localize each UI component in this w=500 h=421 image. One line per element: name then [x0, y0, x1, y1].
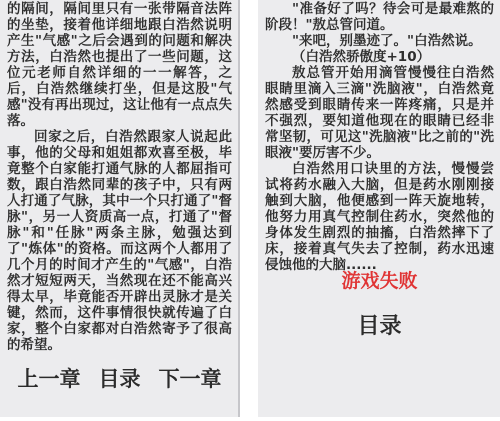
- novel-reader-screen: 的隔间，隔间里只有一张带隔音法阵的坐垫，接着他详细地跟白浩然说明产生"气感"之后…: [0, 0, 500, 421]
- chapter-nav: 上一章 目录 下一章: [7, 371, 232, 387]
- toc-link[interactable]: 目录: [99, 371, 141, 387]
- novel-paragraph: 敖总管开始用滴管慢慢往白浩然眼睛里滴入三滴"洗脑液"，白浩然竟然感受到眼睛传来一…: [265, 65, 494, 161]
- novel-paragraph: 回家之后，白浩然跟家人说起此事，他的父母和姐姐都欢喜至极，毕竟整个白家能打通气脉…: [7, 129, 232, 353]
- novel-paragraph: "准备好了吗？待会可是最难熬的阶段！"敖总管问道。: [265, 1, 494, 33]
- novel-paragraph: 白浩然用口诀里的方法，慢慢尝试将药水融入大脑，但是药水刚刚接触到大脑，他便感到一…: [265, 161, 494, 273]
- right-page: "准备好了吗？待会可是最难熬的阶段！"敖总管问道。 "来吧，别墨迹了。"白浩然说…: [258, 0, 500, 417]
- game-failed-status: 游戏失败: [265, 273, 494, 289]
- next-chapter-link[interactable]: 下一章: [159, 371, 222, 387]
- prev-chapter-link[interactable]: 上一章: [18, 371, 81, 387]
- novel-paragraph: "来吧，别墨迹了。"白浩然说。: [265, 33, 494, 49]
- game-stat-line: （白浩然骄傲度+10）: [265, 49, 494, 65]
- left-page: 的隔间，隔间里只有一张带隔音法阵的坐垫，接着他详细地跟白浩然说明产生"气感"之后…: [0, 0, 238, 417]
- page-divider: [238, 0, 258, 417]
- novel-paragraph: 的隔间，隔间里只有一张带隔音法阵的坐垫，接着他详细地跟白浩然说明产生"气感"之后…: [7, 1, 232, 129]
- toc-link-large[interactable]: 目录: [265, 319, 494, 335]
